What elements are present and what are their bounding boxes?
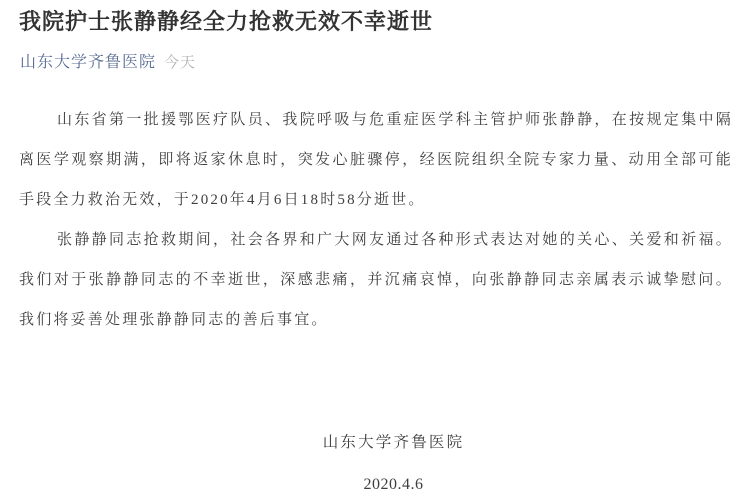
paragraph-2: 张静静同志抢救期间，社会各界和广大网友通过各种形式表达对她的关心、关爱和祈福。我… xyxy=(19,220,733,340)
article-body: 山东省第一批援鄂医疗队员、我院呼吸与危重症医学科主管护师张静静，在按规定集中隔离… xyxy=(19,100,733,340)
signature-org: 山东大学齐鲁医院 xyxy=(36,422,751,464)
account-name-link[interactable]: 山东大学齐鲁医院 xyxy=(20,54,156,71)
article-page: 我院护士张静静经全力抢救无效不幸逝世 山东大学齐鲁医院今天 山东省第一批援鄂医疗… xyxy=(0,0,751,502)
paragraph-1: 山东省第一批援鄂医疗队员、我院呼吸与危重症医学科主管护师张静静，在按规定集中隔离… xyxy=(19,100,733,220)
signature-date: 2020.4.6 xyxy=(36,464,751,502)
article-meta: 山东大学齐鲁医院今天 xyxy=(20,52,731,74)
article-title: 我院护士张静静经全力抢救无效不幸逝世 xyxy=(19,7,731,37)
signature-block: 山东大学齐鲁医院 2020.4.6 xyxy=(0,422,751,502)
publish-time: 今天 xyxy=(164,54,196,71)
